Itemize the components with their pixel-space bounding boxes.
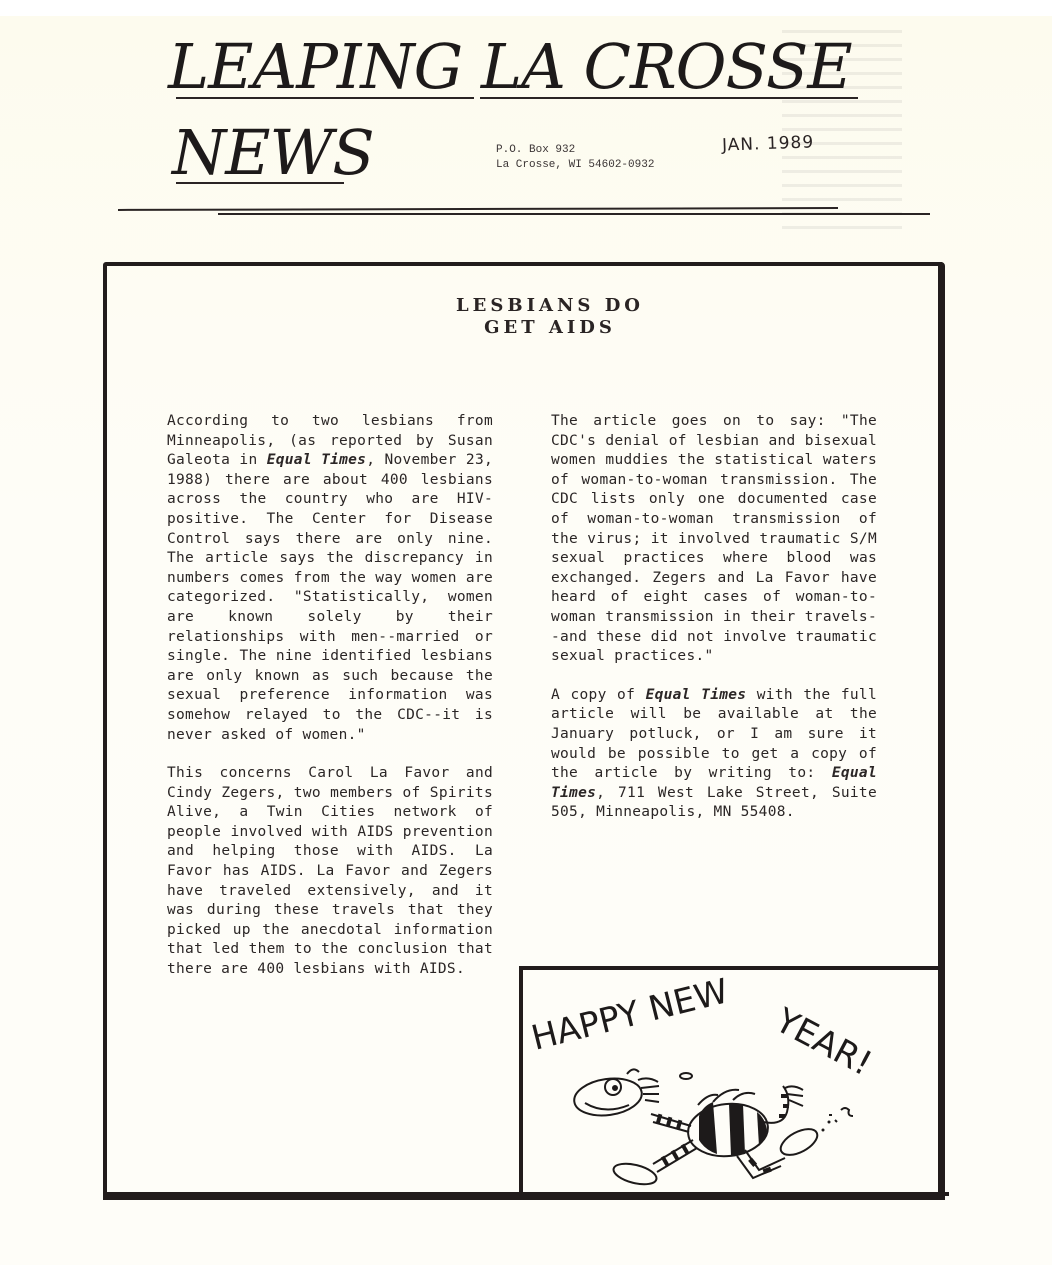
publication-name: Equal Times <box>646 687 747 703</box>
masthead-title-line1: LEAPING LA CROSSE <box>168 36 852 98</box>
address-line1: P.O. Box 932 <box>496 144 575 156</box>
masthead-title-line2: NEWS <box>172 122 374 184</box>
article-frame-bottom <box>103 1192 949 1196</box>
issue-date: JAN. 1989 <box>722 132 815 155</box>
article-headline: LESBIANS DO GET AIDS <box>0 295 1052 339</box>
running-creature-icon: HAPPY NEW <box>523 970 938 1192</box>
scan-top-margin <box>0 0 1052 16</box>
paragraph: A copy of Equal Times with the full arti… <box>551 686 877 823</box>
title-underline <box>176 97 474 99</box>
paragraph: This concerns Carol La Favor and Cindy Z… <box>167 764 493 980</box>
address-line2: La Crosse, WI 54602-0932 <box>496 159 654 171</box>
paragraph: The article goes on to say: "The CDC's d… <box>551 412 877 667</box>
cartoon-caption-year: YEAR! <box>768 1000 878 1084</box>
cartoon-caption-happy: HAPPY NEW <box>528 971 733 1058</box>
article-left-column: According to two lesbians from Minneapol… <box>167 412 493 980</box>
paragraph: According to two lesbians from Minneapol… <box>167 412 493 745</box>
masthead-rule <box>218 213 930 215</box>
mailing-address: P.O. Box 932 La Crosse, WI 54602-0932 <box>496 143 654 173</box>
publication-name: Equal Times <box>267 452 367 468</box>
title-underline <box>176 182 344 184</box>
headline-line2: GET AIDS <box>0 317 1052 339</box>
headline-line1: LESBIANS DO <box>0 295 1052 317</box>
title-underline <box>480 97 858 99</box>
article-right-column: The article goes on to say: "The CDC's d… <box>551 412 877 823</box>
